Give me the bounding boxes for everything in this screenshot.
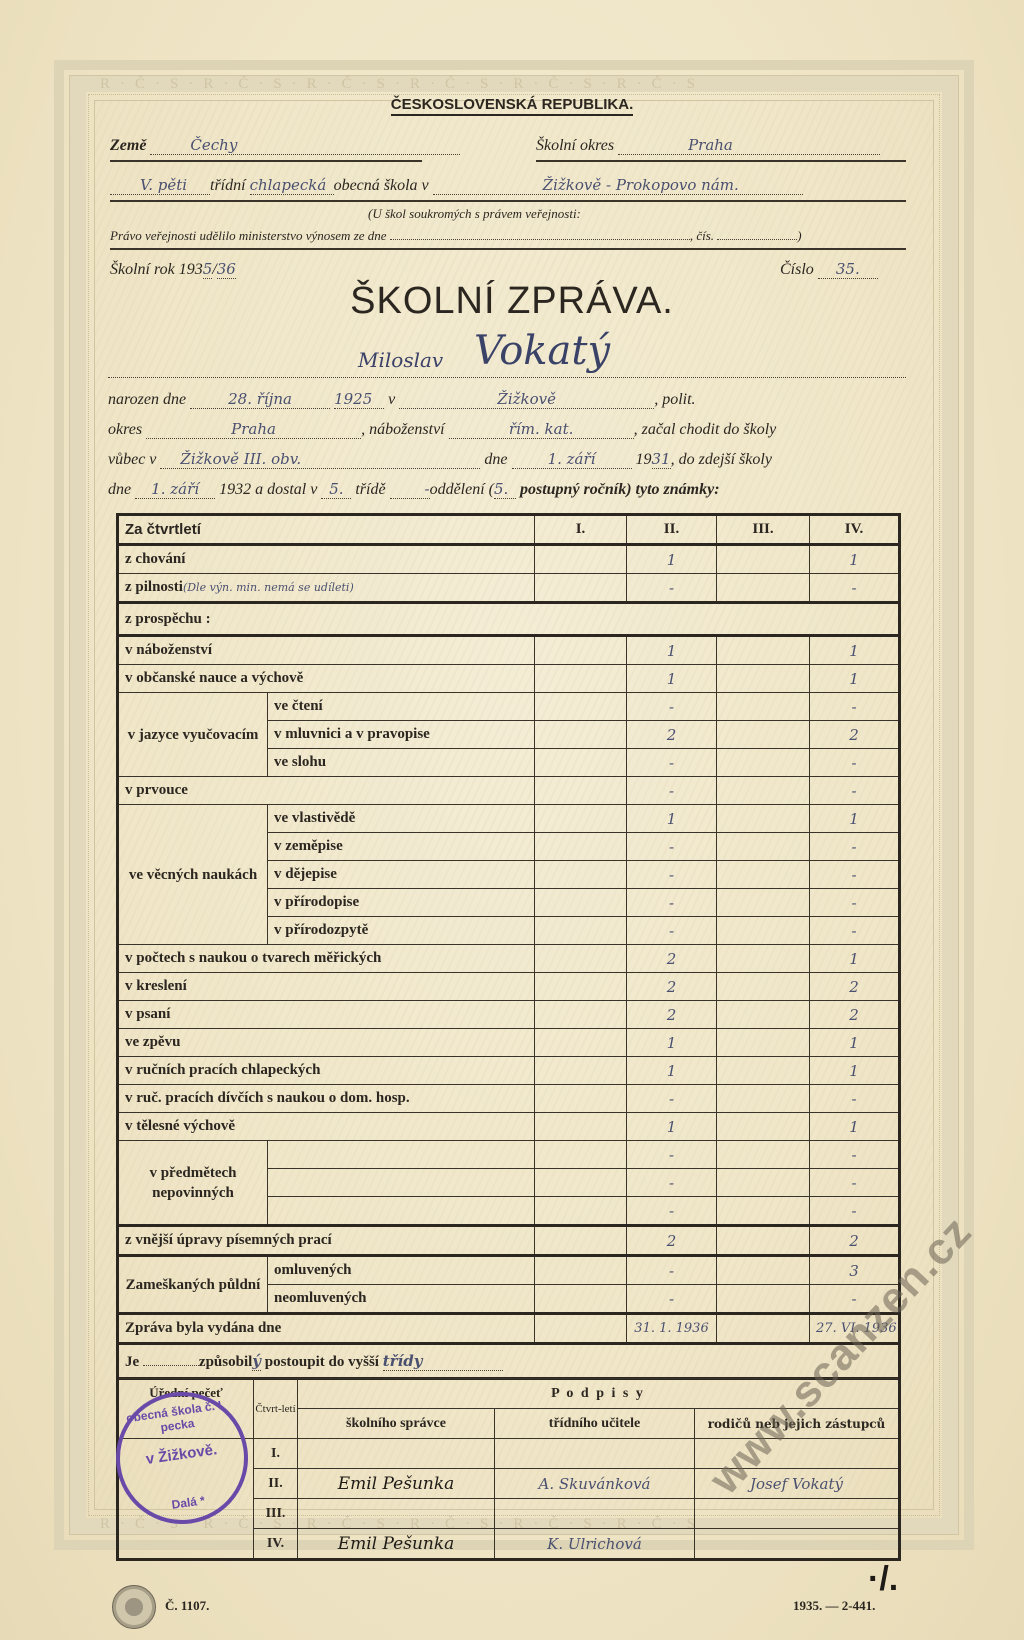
- school-line: V. pětitřídní chlapeckáobecná škola v Ži…: [110, 176, 803, 195]
- printer-emblem-icon: [112, 1585, 156, 1629]
- school-type-value: chlapecká: [250, 176, 334, 195]
- quarter-4-header: IV.: [810, 515, 900, 545]
- seal-center-text: v Žižkově.: [119, 1437, 244, 1471]
- oddeleni-value: -: [390, 480, 430, 499]
- cislo-field: Číslo 35.: [780, 260, 878, 279]
- class-count-value: V. pěti: [110, 176, 210, 195]
- rok-value-b: 36: [217, 260, 236, 279]
- zpusobil-suffix: ý: [252, 1352, 261, 1371]
- birth-place: Žižkově: [399, 390, 654, 409]
- first-school: Žižkově III. obv.: [160, 450, 480, 469]
- table-row: Zpráva byla vydána dne 31. 1. 1936 27. V…: [118, 1314, 900, 1344]
- col-spravce: školního správce: [298, 1409, 495, 1439]
- school-place-value: Žižkově - Prokopovo nám.: [433, 176, 803, 195]
- zeme-field: Země Čechy: [110, 136, 460, 155]
- quarter-1-header: I.: [535, 515, 627, 545]
- table-row: v psaní 2 2: [118, 1001, 900, 1029]
- table-row: z vnější úpravy písemných prací 2 2: [118, 1226, 900, 1256]
- rule: [536, 160, 906, 162]
- table-row: v počtech s naukou o tvarech měřických 2…: [118, 945, 900, 973]
- table-row: ve zpěvu 1 1: [118, 1029, 900, 1057]
- table-row: v náboženství 1 1: [118, 636, 900, 665]
- pilnosti-note: (Dle výn. min. nemá se udíleti): [183, 581, 354, 594]
- grades-header-row: Za čtvrtletí I. II. III. IV.: [118, 515, 900, 545]
- grades-table: Za čtvrtletí I. II. III. IV. z chování 1…: [116, 513, 901, 1380]
- first-school-date: 1. září: [512, 450, 632, 469]
- rule: [110, 160, 422, 162]
- jazyk-group-label: v jazyce vyučovacím: [118, 693, 268, 777]
- table-row: z pilnosti(Dle výn. min. nemá se udíleti…: [118, 574, 900, 603]
- form-number: Č. 1107.: [165, 1598, 209, 1614]
- first-school-line: vůbec v Žižkově III. obv. dne 1. září 19…: [108, 450, 772, 469]
- table-row: z chování 1 1: [118, 545, 900, 574]
- postoupit-value: třídy: [383, 1352, 503, 1371]
- header-title: ČESKOSLOVENSKÁ REPUBLIKA.: [0, 96, 1024, 113]
- table-section-row: z prospěchu :: [118, 603, 900, 636]
- table-row: ve věcných naukách ve vlastivědě 1 1: [118, 805, 900, 833]
- student-last-name: Vokatý: [474, 328, 610, 374]
- table-row: v jazyce vyučovacím ve čtení - -: [118, 693, 900, 721]
- table-row: v prvouce - -: [118, 777, 900, 805]
- table-row: Zameškaných půldní omluvených - 3: [118, 1256, 900, 1285]
- quarter-2-header: II.: [627, 515, 717, 545]
- skolni-rok-field: Školní rok 1935/36: [110, 260, 236, 279]
- pravo-field: Právo veřejnosti udělilo ministerstvo vý…: [110, 228, 802, 244]
- okres-value: Praha: [618, 136, 880, 155]
- birth-okres: Praha: [146, 420, 361, 439]
- table-row: v tělesné výchově 1 1: [118, 1113, 900, 1141]
- postup-row: Je způsobilý postoupit do vyšší třídy: [118, 1344, 900, 1379]
- zameskanych-group-label: Zameškaných půldní: [118, 1256, 268, 1314]
- birth-line: narozen dne 28. října 1925 v Žižkově, po…: [108, 390, 696, 409]
- rocnik-value: 5.: [494, 480, 516, 499]
- zeme-value: Čechy: [150, 136, 460, 155]
- okres-field: Školní okres Praha: [536, 136, 880, 155]
- class-number: 5.: [321, 480, 351, 499]
- religion: řím. kat.: [449, 420, 634, 439]
- quarter-label: Čtvrt-letí: [254, 1379, 298, 1439]
- nepovinne-group-label: v předmětech nepovinných: [118, 1141, 268, 1226]
- main-title: ŠKOLNÍ ZPRÁVA.: [0, 280, 1024, 323]
- quarter-3-header: III.: [717, 515, 810, 545]
- birth-year: 1925: [334, 390, 384, 409]
- rule: [110, 200, 906, 202]
- this-school-date: 1. září: [135, 480, 215, 499]
- page-mark: ·/.: [868, 1560, 898, 1599]
- table-row: v kreslení 2 2: [118, 973, 900, 1001]
- table-row: v ručních pracích chlapeckých 1 1: [118, 1057, 900, 1085]
- col-ucitel: třídního učitele: [495, 1409, 695, 1439]
- table-row: v předmětech nepovinných - -: [118, 1141, 900, 1169]
- birth-date: 28. října: [190, 390, 330, 409]
- rule: [110, 248, 906, 250]
- table-row: v ruč. pracích dívčích s naukou o dom. h…: [118, 1085, 900, 1113]
- okres-religion-line: okres Praha, náboženství řím. kat., zača…: [108, 420, 776, 439]
- student-first-name: Miloslav: [358, 348, 443, 372]
- rok-value-a: 5: [203, 260, 213, 279]
- table-row: v občanské nauce a výchově 1 1: [118, 665, 900, 693]
- cislo-value: 35.: [818, 260, 878, 279]
- print-code: 1935. — 2-441.: [793, 1598, 875, 1614]
- first-school-year: 31: [652, 450, 671, 469]
- private-note: (U škol soukromých s právem veřejnosti:: [368, 206, 581, 222]
- vecne-group-label: ve věcných naukách: [118, 805, 268, 945]
- header-label: Za čtvrtletí: [118, 515, 535, 545]
- this-school-line: dne 1. září 1932 a dostal v 5. třídě -od…: [108, 480, 720, 499]
- border-pattern-top: R·Č·S·R·Č·S·R·Č·S·R·Č·S·R·Č·S·R·Č·S: [100, 76, 705, 93]
